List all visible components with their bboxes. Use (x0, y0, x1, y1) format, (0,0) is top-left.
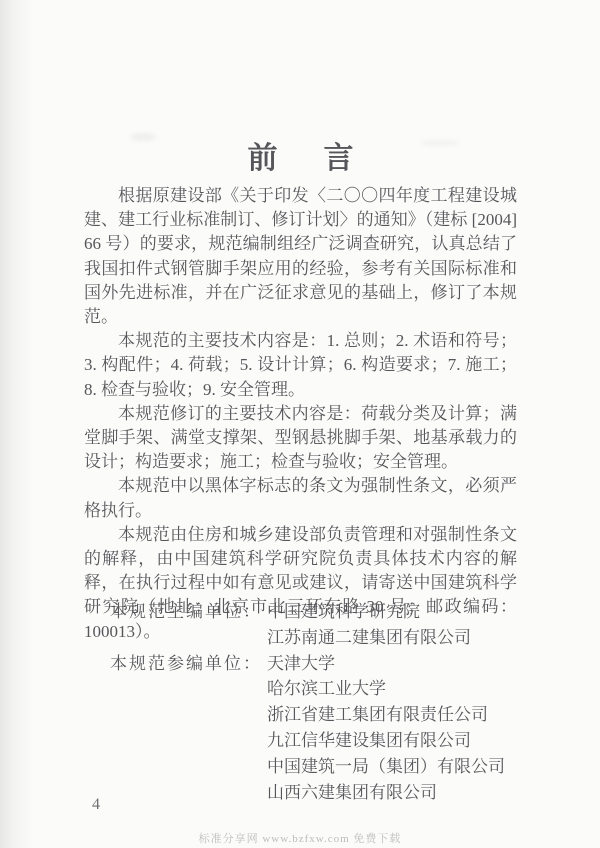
foreword-paragraph: 根据原建设部《关于印发〈二〇〇四年度工程建设城建、建工行业标准制订、修订计划〉的… (84, 184, 517, 329)
editor-unit: 中国建筑科学研究院 (267, 599, 554, 625)
foreword-paragraph: 本规范修订的主要技术内容是：荷载分类及计算；满堂脚手架、满堂支撑架、型钢悬挑脚手… (84, 402, 517, 475)
chief-editor-label-text: 本规范主编单位 (110, 602, 243, 621)
editor-unit: 天津大学 (267, 651, 554, 677)
participating-editor-units: 天津大学 哈尔滨工业大学 浙江省建工集团有限责任公司 九江信华建设集团有限公司 … (267, 651, 554, 806)
editor-unit: 中国建筑一局（集团）有限公司 (267, 754, 554, 780)
participating-editor-label: 本规范参编单位： (110, 651, 267, 677)
chief-editor-label: 本规范主编单位： (110, 599, 267, 625)
foreword-paragraph: 本规范中以黑体字标志的条文为强制性条文，必须严格执行。 (84, 474, 517, 522)
participating-editor-row: 本规范参编单位： 天津大学 哈尔滨工业大学 浙江省建工集团有限责任公司 九江信华… (84, 651, 554, 806)
foreword-paragraph: 本规范的主要技术内容是：1. 总则；2. 术语和符号；3. 构配件；4. 荷载；… (84, 329, 517, 402)
foreword-body: 根据原建设部《关于印发〈二〇〇四年度工程建设城建、建工行业标准制订、修订计划〉的… (84, 184, 517, 644)
editor-unit: 山西六建集团有限公司 (267, 780, 554, 806)
participating-editor-label-text: 本规范参编单位 (110, 654, 243, 673)
participating-editor-label-colon: ： (243, 654, 260, 673)
chief-editor-units: 中国建筑科学研究院 江苏南通二建集团有限公司 (267, 599, 554, 651)
editor-unit: 九江信华建设集团有限公司 (267, 728, 554, 754)
editor-unit: 浙江省建工集团有限责任公司 (267, 702, 554, 728)
watermark-text: 标准分享网 www.bzfxw.com 免费下载 (0, 830, 600, 846)
editor-units-section: 本规范主编单位： 中国建筑科学研究院 江苏南通二建集团有限公司 本规范参编单位：… (84, 599, 554, 805)
chief-editor-label-colon: ： (243, 602, 260, 621)
page-title: 前 言 (84, 141, 517, 177)
scan-edge-shadow (0, 0, 34, 848)
editor-unit: 哈尔滨工业大学 (267, 676, 554, 702)
scanned-document-page: 前 言 根据原建设部《关于印发〈二〇〇四年度工程建设城建、建工行业标准制订、修订… (0, 0, 600, 848)
scan-smudge (130, 133, 156, 141)
editor-unit: 江苏南通二建集团有限公司 (267, 625, 554, 651)
chief-editor-row: 本规范主编单位： 中国建筑科学研究院 江苏南通二建集团有限公司 (84, 599, 554, 651)
page-number: 4 (92, 796, 100, 814)
